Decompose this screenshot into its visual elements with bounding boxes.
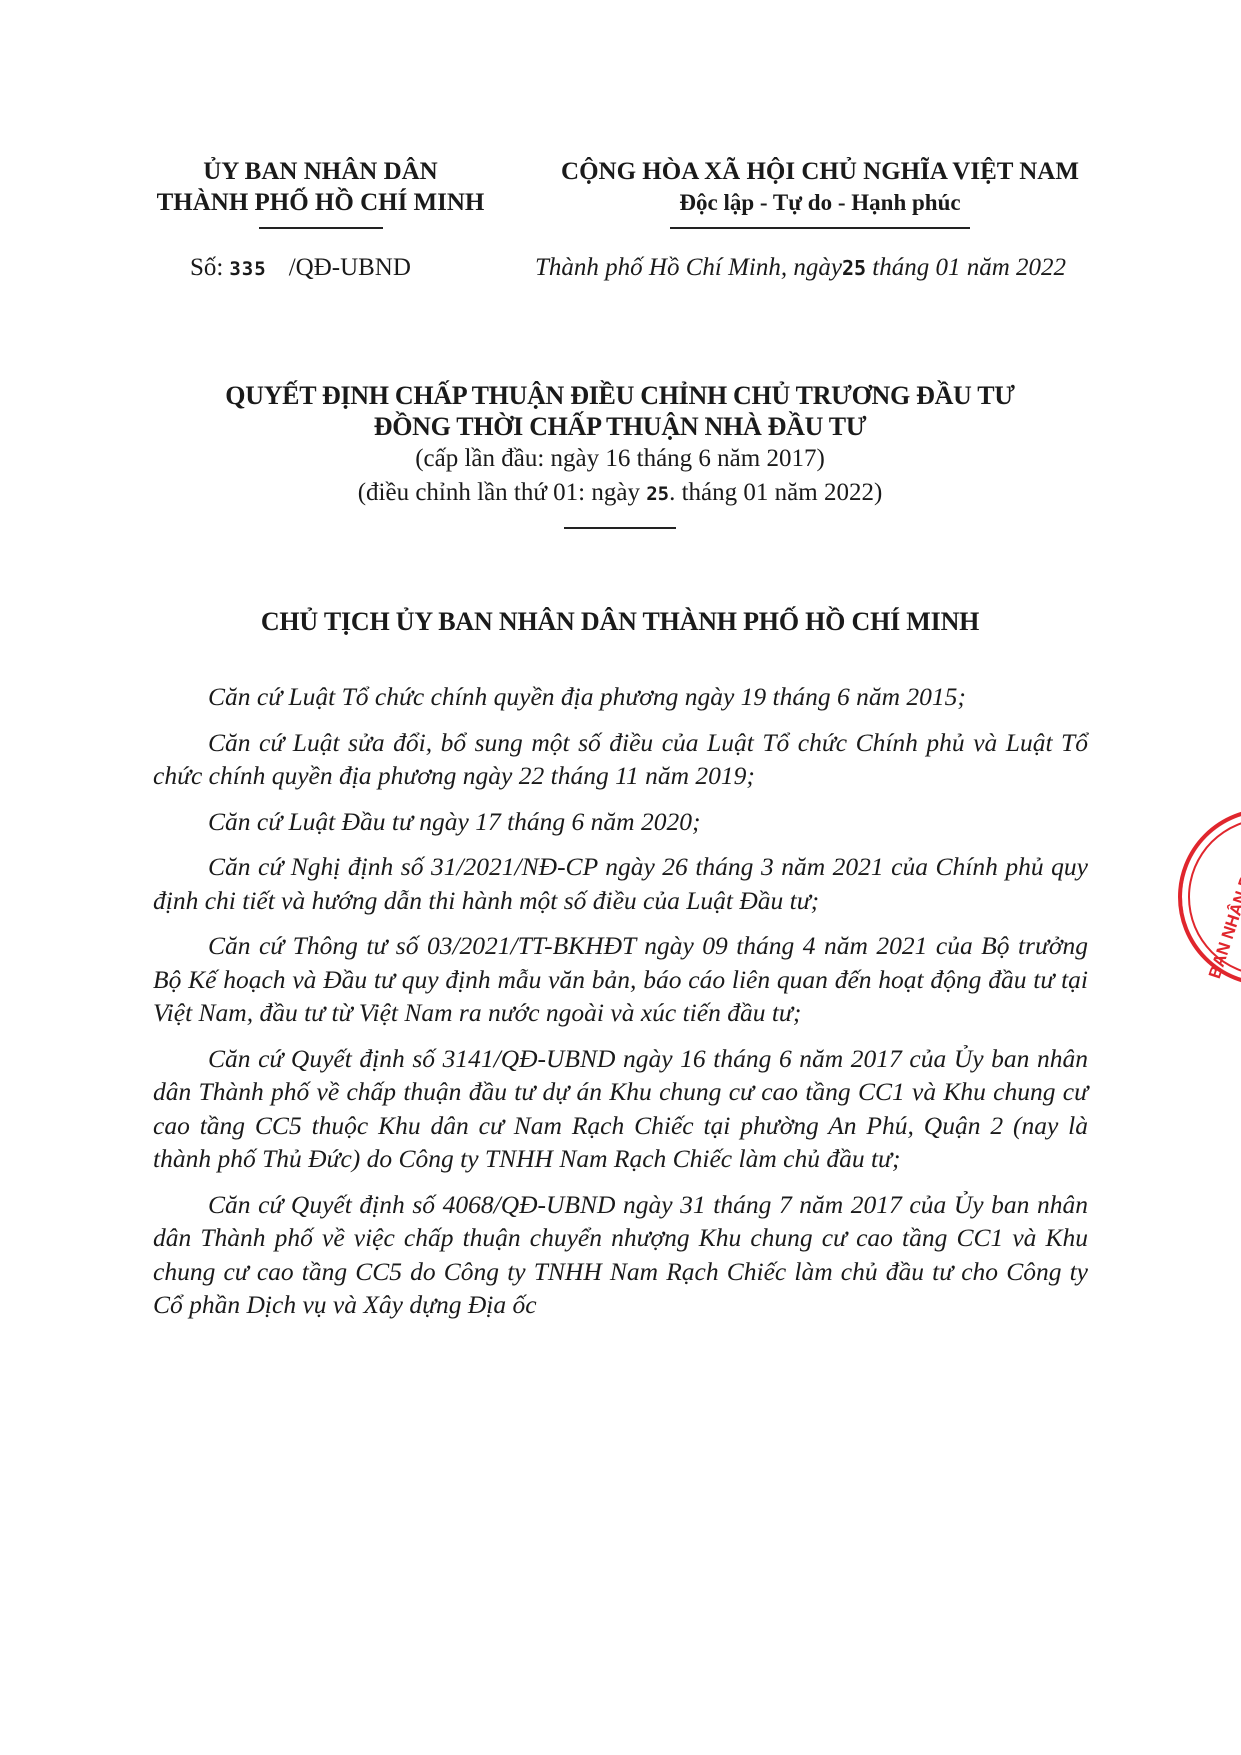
national-header: CỘNG HÒA XÃ HỘI CHỦ NGHĨA VIỆT NAM Độc l…	[520, 156, 1120, 229]
place-date-prefix: Thành phố Hồ Chí Minh, ngày	[535, 254, 842, 281]
issuing-authority-header: ỦY BAN NHÂN DÂN THÀNH PHỐ HỒ CHÍ MINH	[118, 156, 523, 229]
document-number: Số:335/QĐ-UBND	[190, 254, 411, 282]
first-issue-date: (cấp lần đầu: ngày 16 tháng 6 năm 2017)	[140, 442, 1100, 476]
doc-number-prefix: Số:	[190, 254, 223, 281]
doc-number-suffix: /QĐ-UBND	[289, 254, 411, 281]
national-motto: Độc lập - Tự do - Hạnh phúc	[520, 187, 1120, 218]
legal-basis-paragraph: Căn cứ Thông tư số 03/2021/TT-BKHĐT ngày…	[153, 929, 1088, 1030]
amendment-date: (điều chỉnh lần thứ 01: ngày 25. tháng 0…	[140, 476, 1100, 511]
amendment-prefix: (điều chỉnh lần thứ 01: ngày	[358, 479, 640, 506]
amendment-suffix: . tháng 01 năm 2022)	[669, 479, 882, 506]
legal-basis-paragraph: Căn cứ Luật Tổ chức chính quyền địa phươ…	[153, 680, 1088, 714]
legal-basis-paragraph: Căn cứ Quyết định số 4068/QĐ-UBND ngày 3…	[153, 1188, 1088, 1322]
place-date-suffix: tháng 01 năm 2022	[872, 254, 1066, 281]
legal-basis-paragraph: Căn cứ Nghị định số 31/2021/NĐ-CP ngày 2…	[153, 850, 1088, 917]
header-left-divider	[259, 227, 383, 229]
authority-line-2: THÀNH PHỐ HỒ CHÍ MINH	[118, 187, 523, 218]
handwritten-day: 25	[842, 256, 866, 280]
doc-number-value: 335	[229, 258, 266, 280]
legal-basis-section: Căn cứ Luật Tổ chức chính quyền địa phươ…	[153, 680, 1088, 1334]
legal-basis-paragraph: Căn cứ Luật sửa đổi, bổ sung một số điều…	[153, 726, 1088, 793]
decision-title-line-1: QUYẾT ĐỊNH CHẤP THUẬN ĐIỀU CHỈNH CHỦ TRƯ…	[140, 380, 1100, 411]
header-right-divider	[670, 227, 970, 229]
national-title: CỘNG HÒA XÃ HỘI CHỦ NGHĨA VIỆT NAM	[520, 156, 1120, 187]
signing-authority-heading: CHỦ TỊCH ỦY BAN NHÂN DÂN THÀNH PHỐ HỒ CH…	[140, 607, 1100, 637]
authority-line-1: ỦY BAN NHÂN DÂN	[118, 156, 523, 187]
legal-basis-paragraph: Căn cứ Luật Đầu tư ngày 17 tháng 6 năm 2…	[153, 805, 1088, 839]
title-divider	[564, 527, 676, 529]
handwritten-amend-day: 25	[646, 483, 669, 505]
decision-title-block: QUYẾT ĐỊNH CHẤP THUẬN ĐIỀU CHỈNH CHỦ TRƯ…	[140, 380, 1100, 529]
place-and-date: Thành phố Hồ Chí Minh, ngày25 tháng 01 n…	[535, 254, 1066, 282]
decision-title-line-2: ĐỒNG THỜI CHẤP THUẬN NHÀ ĐẦU TƯ	[140, 411, 1100, 442]
document-page: ỦY BAN NHÂN DÂN THÀNH PHỐ HỒ CHÍ MINH CỘ…	[0, 0, 1241, 1755]
legal-basis-paragraph: Căn cứ Quyết định số 3141/QĐ-UBND ngày 1…	[153, 1042, 1088, 1176]
